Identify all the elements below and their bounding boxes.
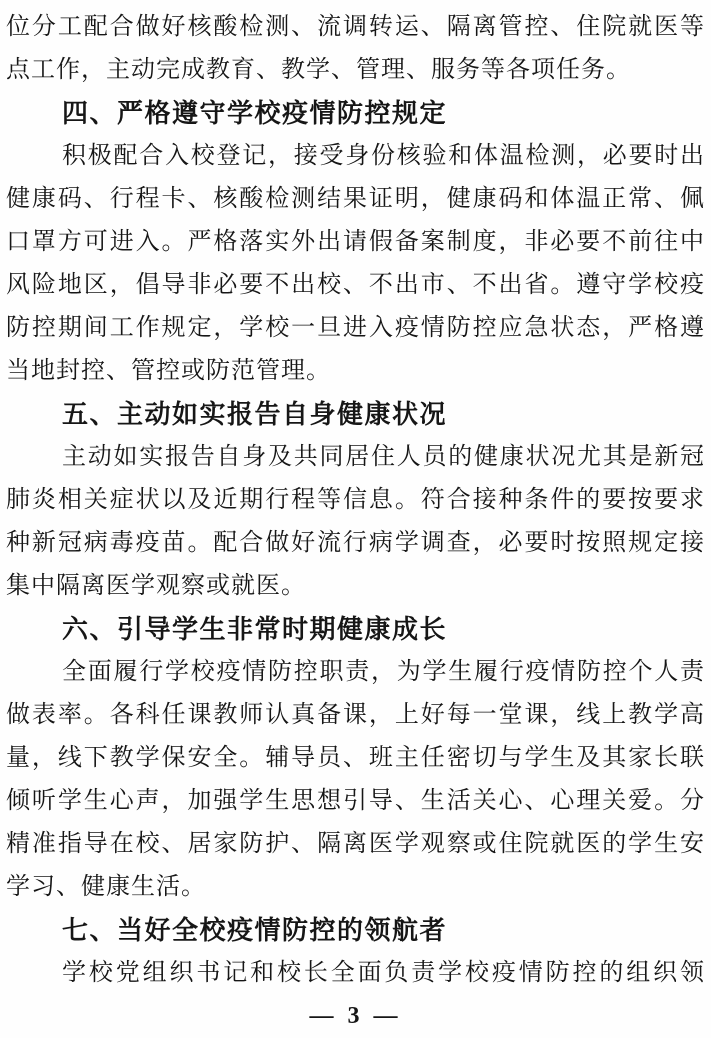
body-line: 全面履行学校疫情防控职责，为学生履行疫情防控个人责任 [6,651,705,694]
body-line: 主动如实报告自身及共同居住人员的健康状况尤其是新冠 [6,436,705,479]
section-heading-7: 七、当好全校疫情防控的领航者 [6,909,705,952]
body-line: 集中隔离医学观察或就医。 [6,565,705,608]
body-line: 学校党组织书记和校长全面负责学校疫情防控的组织领导， [6,952,705,995]
document-page: 位分工配合做好核酸检测、流调转运、隔离管控、住院就医等重 点工作，主动完成教育、… [0,0,711,1038]
body-line: 位分工配合做好核酸检测、流调转运、隔离管控、住院就医等重 [6,6,705,49]
body-line: 肺炎相关症状以及近期行程等信息。符合接种条件的要按要求接 [6,479,705,522]
body-line: 防控期间工作规定，学校一旦进入疫情防控应急状态，严格遵守 [6,307,705,350]
section-heading-4: 四、严格遵守学校疫情防控规定 [6,92,705,135]
body-line: 健康码、行程卡、核酸检测结果证明，健康码和体温正常、佩戴 [6,178,705,221]
body-line: 点工作，主动完成教育、教学、管理、服务等各项任务。 [6,49,705,92]
body-line: 做表率。各科任课教师认真备课，上好每一堂课，线上教学高质 [6,694,705,737]
section-heading-5: 五、主动如实报告自身健康状况 [6,393,705,436]
body-line: 口罩方可进入。严格落实外出请假备案制度，非必要不前往中高 [6,221,705,264]
body-line: 量，线下教学保安全。辅导员、班主任密切与学生及其家长联系， [6,737,705,780]
body-line: 倾听学生心声，加强学生思想引导、生活关心、心理关爱。分类 [6,780,705,823]
page-number: — 3 — [6,995,705,1038]
body-line: 种新冠病毒疫苗。配合做好流行病学调查，必要时按照规定接受 [6,522,705,565]
body-line: 当地封控、管控或防范管理。 [6,350,705,393]
body-line: 精准指导在校、居家防护、隔离医学观察或住院就医的学生安全 [6,823,705,866]
section-heading-6: 六、引导学生非常时期健康成长 [6,608,705,651]
body-line: 风险地区，倡导非必要不出校、不出市、不出省。遵守学校疫情 [6,264,705,307]
body-line: 积极配合入校登记，接受身份核验和体温检测，必要时出示 [6,135,705,178]
body-line: 学习、健康生活。 [6,866,705,909]
